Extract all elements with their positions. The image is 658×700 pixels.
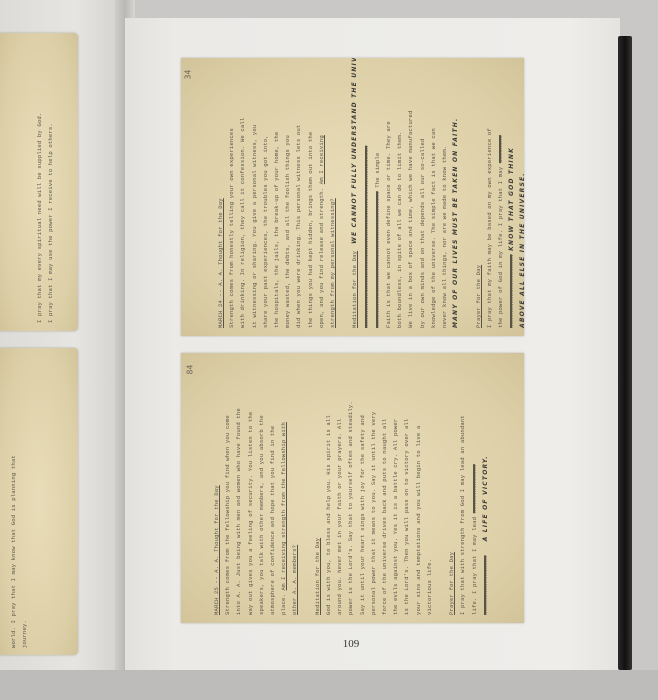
text-line: I pray that my faith may be based on my … [484,58,495,328]
text-line: Strength comes from honestly telling you… [226,58,237,328]
text-line: open, and you find release and strength.… [316,58,327,328]
archival-sheet-march-25: 84 MARCH 25 -- A. A. Thought for the Day… [181,353,524,623]
text-line: xxxxxxxxxxxxxxxxx A LIFE OF VICTORY. [480,401,491,615]
sheet-march-25-text: MARCH 25 -- A. A. Thought for the Day St… [211,401,491,615]
text-line: the power of God in my life. I pray that… [495,58,506,328]
text-line: into A. A. Just being with men and women… [233,401,244,615]
text-line: strength from my personal witnessing? [327,58,338,328]
text-line: I pray that my every spiritual need will… [34,113,45,323]
text-line: both boundless, in spite of all we can d… [394,58,405,328]
text-line: atmosphere of confidence and hope that y… [267,401,278,615]
book-cover-edge [618,36,632,670]
text-line: with drinking. In religion, they call it… [237,58,248,328]
text-line: place. Am I receiving strength from the … [278,401,289,615]
text-line: by our own minds and on that depends all… [417,58,428,328]
table-surface [0,670,658,700]
text-line: personal power that it means to you. Say… [368,401,379,615]
blank-line [435,401,446,615]
text-line: never know all things, nor are we made t… [439,58,450,328]
left-archival-sheet-bottom: world. I pray that I may know that God i… [0,348,78,655]
text-line: did when you were drinking. This persona… [293,58,304,328]
struck-line: xxxxxxxxxxxxxxxxxxxxxxxxxxxxxxxxxxxxxxxx… [361,58,372,328]
blank-line [301,401,312,615]
text-line: Say it until your heart sings with joy f… [357,401,368,615]
text-line: other A. A. members? [289,401,300,615]
sheet-page-mark: 84 [185,365,194,375]
sheet-page-mark: 34 [183,70,192,80]
text-line: journey. [19,455,30,648]
text-line: force of the universe drives back and pu… [379,401,390,615]
page-number: 109 [311,638,391,650]
text-line: money wasted, the debts, and all the foo… [282,58,293,328]
text-line: Faith is that we cannot even define spac… [383,58,394,328]
text-line: God is with you, to bless and help you. … [323,401,334,615]
thought-heading: MARCH 24 -- A. A. Thought for the Day [215,58,226,328]
left-archival-sheet-top: I pray that my every spiritual need will… [0,33,78,331]
text-line: knowledge of the universe. The simple fa… [428,58,439,328]
text-line: the hospitals, the jails, the break-up o… [271,58,282,328]
left-sheet-bottom-text: world. I pray that I may know that God i… [8,455,30,648]
sheet-march-24-text: MARCH 24 -- A. A. Thought for the Day St… [215,58,524,328]
blank-line [461,58,472,328]
text-line: life. I pray that I may lead xxxxxxxxxxx… [469,401,480,615]
text-line: victorious life. [424,401,435,615]
handwritten-annotation: WE CANNOT FULLY UNDERSTAND THE UNIVERSE. [351,58,358,244]
text-line: your sins and temptations and you will b… [413,401,424,615]
text-line: Strength comes from the fellowship you f… [222,401,233,615]
thought-heading: MARCH 25 -- A. A. Thought for the Day [211,401,222,615]
text-line: speakers, you talk with other members, a… [256,401,267,615]
handwritten-annotation: ABOVE ALL ELSE IN THE UNIVERSE. [517,58,524,328]
left-sheet-top-text: I pray that my every spiritual need will… [34,113,56,323]
text-line: the evils against you. Yes it is a battl… [390,401,401,615]
text-line: it witnessing or sharing. You give a per… [249,58,260,328]
text-line: We live in a box of space and time, whic… [405,58,416,328]
text-line: way out gives you a feeling of security.… [245,401,256,615]
meditation-heading-line: Meditation for the Day WE CANNOT FULLY U… [349,58,360,328]
text-line: share your past experiences, the trouble… [260,58,271,328]
text-line: is the Lord's. Then you will pass on to … [401,401,412,615]
archival-sheet-march-24: 34 MARCH 24 -- A. A. Thought for the Day… [181,58,524,336]
prayer-heading: Prayer for the Day [446,401,457,615]
text-line: the things you had kept hidden, brings t… [305,58,316,328]
text-line: I pray that with strength from God I may… [457,401,468,615]
text-line: world. I pray that I may know that God i… [8,455,19,648]
text-line: I pray that I may use the power I receiv… [45,113,56,323]
handwritten-annotation: MANY OF OUR LIVES MUST BE TAKEN ON FAITH… [450,58,461,328]
meditation-heading: Meditation for the Day [312,401,323,615]
blank-line [338,58,349,328]
text-line: xxxxxxxxxxxxxxxxxxxxxxxxxxxxxxxxxxxxxxx … [372,58,383,328]
text-line: around you. Never met in your faith or y… [334,401,345,615]
text-line: power is the Lord's. Say that to yoursel… [345,401,356,615]
text-line: xxxxxxxxxxxxxxxxxxxxx KNOW THAT GOD THIN… [506,58,517,328]
prayer-heading: Prayer for the Day [473,58,484,328]
